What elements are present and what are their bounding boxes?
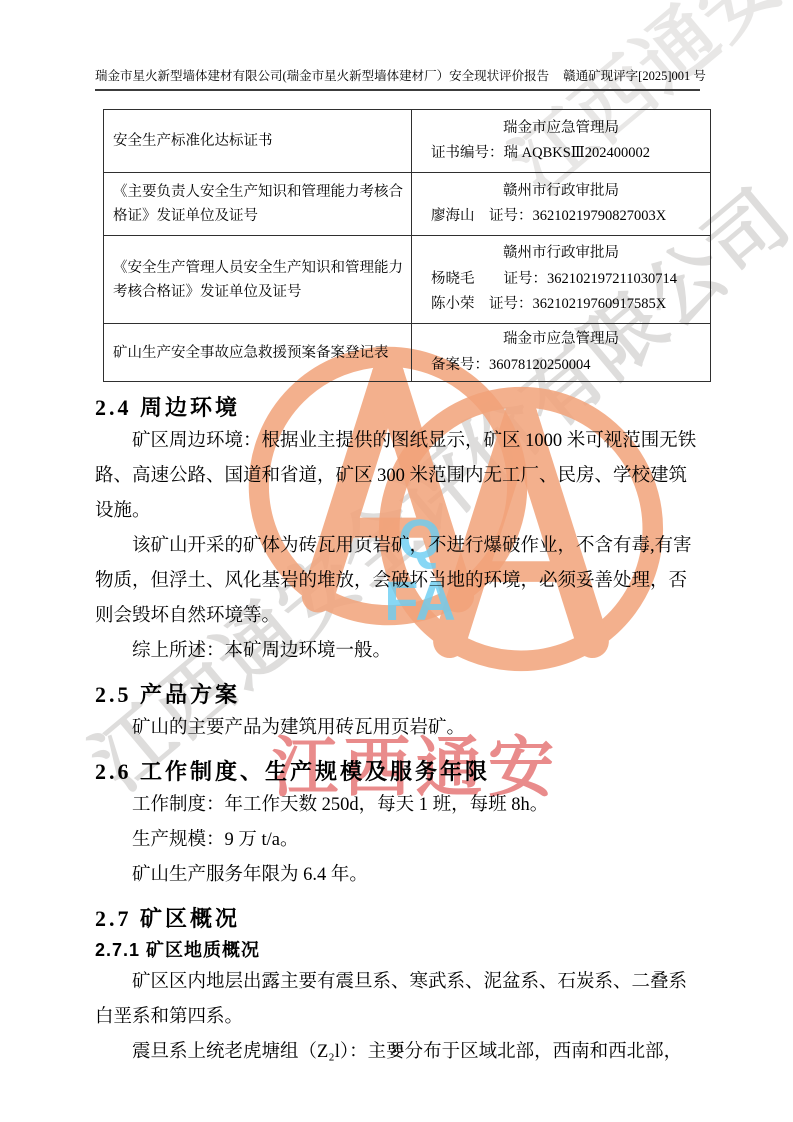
issuer-line: 赣州市行政审批局 — [416, 241, 706, 267]
paragraph: 矿山的主要产品为建筑用砖瓦用页岩矿。 — [95, 711, 700, 746]
issuer-cell: 瑞金市应急管理局 备案号：36078120250004 — [412, 324, 711, 382]
paragraph: 综上所述：本矿周边环境一般。 — [95, 634, 700, 669]
paragraph: 工作制度：年工作天数 250d，每天 1 班，每班 8h。 — [95, 788, 700, 823]
cert-name-cell: 《主要负责人安全生产知识和管理能力考核合格证》发证单位及证号 — [104, 173, 412, 236]
document-content: 瑞金市星火新型墙体建材有限公司(瑞金市星火新型墙体建材厂）安全现状评价报告 赣通… — [95, 66, 700, 1070]
issuer-line: 廖海山 证号：36210219790827003X — [416, 204, 706, 230]
document-page: 江西通安全评价有限公司 江西通安全评价有限公司 Q FA 江西通安 — [0, 0, 793, 1122]
issuer-line: 陈小荣 证号：36210219760917585X — [416, 292, 706, 318]
cert-name-cell: 矿山生产安全事故应急救援预案备案登记表 — [104, 324, 412, 382]
table-row: 《安全生产管理人员安全生产知识和管理能力考核合格证》发证单位及证号 赣州市行政审… — [104, 236, 711, 324]
section-heading-2-5: 2.5 产品方案 — [95, 680, 700, 709]
cert-name-cell: 安全生产标准化达标证书 — [104, 110, 412, 173]
cert-name-cell: 《安全生产管理人员安全生产知识和管理能力考核合格证》发证单位及证号 — [104, 236, 412, 324]
table-row: 矿山生产安全事故应急救援预案备案登记表 瑞金市应急管理局 备案号：3607812… — [104, 324, 711, 382]
issuer-line: 杨晓毛 证号：362102197211030714 — [416, 267, 706, 293]
section-heading-2-4: 2.4 周边环境 — [95, 393, 700, 422]
section-heading-2-7-1: 2.7.1 矿区地质概况 — [95, 938, 700, 963]
table-row: 安全生产标准化达标证书 瑞金市应急管理局 证书编号：瑞 AQBKSⅢ202400… — [104, 110, 711, 173]
issuer-cell: 赣州市行政审批局 廖海山 证号：36210219790827003X — [412, 173, 711, 236]
issuer-line: 瑞金市应急管理局 — [416, 116, 706, 142]
issuer-cell: 赣州市行政审批局 杨晓毛 证号：362102197211030714 陈小荣 证… — [412, 236, 711, 324]
header-doc-number: 赣通矿现评字[2025]001 号 — [563, 66, 706, 84]
issuer-line: 证书编号：瑞 AQBKSⅢ202400002 — [416, 141, 706, 167]
table-row: 《主要负责人安全生产知识和管理能力考核合格证》发证单位及证号 赣州市行政审批局 … — [104, 173, 711, 236]
report-header: 瑞金市星火新型墙体建材有限公司(瑞金市星火新型墙体建材厂）安全现状评价报告 赣通… — [95, 66, 700, 91]
paragraph: 矿区区内地层出露主要有震旦系、寒武系、泥盆系、石炭系、二叠系白垩系和第四系。 — [95, 965, 700, 1035]
issuer-line: 赣州市行政审批局 — [416, 179, 706, 205]
issuer-line: 瑞金市应急管理局 — [416, 327, 706, 353]
issuer-line: 备案号：36078120250004 — [416, 353, 706, 379]
page-number: 30 — [0, 1041, 793, 1057]
certificates-table: 安全生产标准化达标证书 瑞金市应急管理局 证书编号：瑞 AQBKSⅢ202400… — [103, 109, 711, 382]
paragraph: 生产规模：9 万 t/a。 — [95, 823, 700, 858]
paragraph: 矿区周边环境：根据业主提供的图纸显示，矿区 1000 米可视范围无铁路、高速公路… — [95, 424, 700, 529]
issuer-cell: 瑞金市应急管理局 证书编号：瑞 AQBKSⅢ202400002 — [412, 110, 711, 173]
paragraph: 矿山生产服务年限为 6.4 年。 — [95, 858, 700, 893]
section-heading-2-6: 2.6 工作制度、生产规模及服务年限 — [95, 757, 700, 786]
header-title: 瑞金市星火新型墙体建材有限公司(瑞金市星火新型墙体建材厂）安全现状评价报告 — [95, 66, 549, 84]
section-heading-2-7: 2.7 矿区概况 — [95, 904, 700, 933]
paragraph: 该矿山开采的矿体为砖瓦用页岩矿，不进行爆破作业，不含有毒,有害物质，但浮土、风化… — [95, 529, 700, 634]
